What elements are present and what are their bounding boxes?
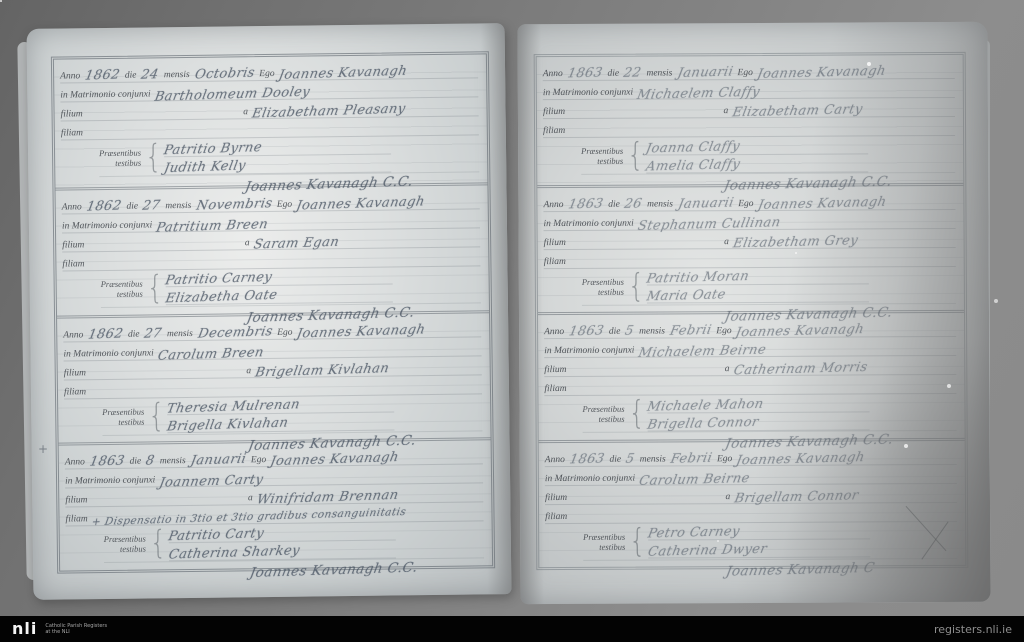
groom-name: Michaelem Beirne <box>638 339 958 360</box>
dispensation-note: + Dispensatio in 3tio et 3tio gradibus c… <box>91 504 486 530</box>
ruled-blank <box>88 118 238 120</box>
filiam-label: filiam <box>543 126 565 137</box>
praesentibus-label: Præsentibus <box>582 404 624 414</box>
celebrant-name: Joannes Kavanagh <box>756 63 956 81</box>
entry-date-line: Anno 1863 die 22 mensis Januarii Ego Joa… <box>543 60 955 81</box>
witness-line: Patritio Moran <box>646 267 869 285</box>
die-label: die <box>607 69 619 80</box>
footer-caption: Catholic Parish Registers at the NLI <box>45 623 107 635</box>
celebrant-signature: Joannes Kavanagh C <box>725 561 876 578</box>
year-value: 1863 <box>89 455 126 469</box>
register-entry: Anno 1862 die 27 mensis Novembris Ego Jo… <box>55 182 489 315</box>
groom-name: Joannem Carty <box>158 466 484 490</box>
entry-filiam-line: filiam + Dispensatio in 3tio et 3tio gra… <box>65 503 483 527</box>
celebrant-signature: Joannes Kavanagh C.C. <box>245 306 415 325</box>
celebrant-name: Joannes Kavanagh <box>270 448 485 468</box>
entry-filiam-line: filiam <box>61 116 479 140</box>
dispensation-note <box>87 130 479 143</box>
witnesses-labels: Præsentibus testibus <box>582 276 624 296</box>
entry-groom-line: in Matrimonio conjunxi Joannem Carty <box>65 465 483 489</box>
witness-line: Catherina Dwyer <box>648 540 871 558</box>
filium-label: filium <box>65 495 87 506</box>
register-entry: Anno 1863 die 22 mensis Januarii Ego Joa… <box>537 55 964 185</box>
mensis-label: mensis <box>647 199 673 210</box>
filium-label: filium <box>544 365 566 376</box>
witness-names: Patritio Carty Catherina Sharkey <box>168 522 484 561</box>
year-value: 1862 <box>84 68 121 82</box>
celebrant-signature: Joannes Kavanagh C.C. <box>249 562 419 581</box>
witness-names: Joanna Claffy Amelia Claffy <box>646 136 956 173</box>
witness-2: Judith Kelly <box>162 159 246 175</box>
bride-prefix: a <box>248 493 253 504</box>
month-value: Decembris <box>197 325 274 340</box>
witness-line: Catherina Sharkey <box>168 541 395 561</box>
day-value: 5 <box>624 325 635 338</box>
register-form-left: Anno 1862 die 24 mensis Octobris Ego Joa… <box>51 51 495 573</box>
witnesses-block: Præsentibus testibus { Michaele Mahon Br… <box>582 394 956 433</box>
entry-signature-line: Joannes Kavanagh C.C. <box>725 173 956 191</box>
conjunxi-label: in Matrimonio conjunxi <box>63 348 153 360</box>
conjunxi-label: in Matrimonio conjunxi <box>65 476 155 488</box>
entry-signature-line: Joannes Kavanagh C.C. <box>245 172 479 192</box>
filium-label: filium <box>62 240 84 251</box>
ruled-blank <box>572 503 720 504</box>
praesentibus-label: Præsentibus <box>102 406 144 417</box>
witness-line: Judith Kelly <box>164 155 391 175</box>
dispensation-note <box>571 516 957 526</box>
celebrant-signature: Joannes Kavanagh C.C. <box>723 176 893 193</box>
ruled-blank <box>571 248 719 249</box>
month-value: Novembris <box>195 197 273 213</box>
bride-prefix: a <box>725 492 730 503</box>
die-label: die <box>609 454 621 465</box>
register-entry: Anno 1863 die 8 mensis Januarii Ego Joan… <box>59 438 493 571</box>
die-label: die <box>128 329 140 340</box>
filium-label: filium <box>544 237 566 248</box>
bride-name: Saram Egan <box>253 231 482 252</box>
day-value: 24 <box>140 68 160 82</box>
entry-date-line: Anno 1862 die 24 mensis Octobris Ego Joa… <box>60 59 478 83</box>
witnesses-block: Præsentibus testibus { Joanna Claffy Ame… <box>581 136 955 175</box>
entry-filiam-line: filiam <box>64 375 482 399</box>
praesentibus-label: Præsentibus <box>582 276 624 286</box>
ego-label: Ego <box>259 69 274 80</box>
register-page-left: Anno 1862 die 24 mensis Octobris Ego Joa… <box>27 23 512 600</box>
mensis-label: mensis <box>160 456 186 467</box>
die-label: die <box>126 201 138 212</box>
register-page-right: Anno 1863 die 22 mensis Januarii Ego Joa… <box>517 22 990 604</box>
mensis-label: mensis <box>640 454 666 465</box>
filium-label: filium <box>61 109 83 120</box>
mensis-label: mensis <box>639 326 665 337</box>
day-value: 26 <box>624 197 644 210</box>
month-value: Febrii <box>669 451 713 465</box>
entry-bride-line: filium a Winifridam Brennan <box>65 484 483 508</box>
month-value: Octobris <box>193 67 255 82</box>
die-label: die <box>608 199 620 210</box>
witness-line: Patritio Carney <box>165 268 392 288</box>
margin-cross-mark: + <box>38 442 48 456</box>
praesentibus-label: Præsentibus <box>104 534 146 545</box>
celebrant-signature: Joannes Kavanagh C.C. <box>724 306 894 323</box>
entry-date-line: Anno 1863 die 5 mensis Febrii Ego Joanne… <box>545 445 957 466</box>
celebrant-name: Joannes Kavanagh <box>735 321 958 340</box>
witnesses-labels: Præsentibus testibus <box>582 404 624 424</box>
dispensation-note <box>569 131 955 141</box>
celebrant-signature: Joannes Kavanagh C.C. <box>247 434 417 453</box>
brace-glyph: { <box>147 269 164 307</box>
brace-glyph: { <box>148 397 165 435</box>
brace-glyph: { <box>629 522 646 560</box>
anno-label: Anno <box>65 458 85 469</box>
brace-glyph: { <box>150 525 167 563</box>
filiam-label: filiam <box>65 514 87 525</box>
year-value: 1862 <box>86 199 123 213</box>
ego-label: Ego <box>277 199 292 210</box>
bride-prefix: a <box>246 366 251 377</box>
day-value: 22 <box>623 66 643 79</box>
register-entry: Anno 1862 die 24 mensis Octobris Ego Joa… <box>54 54 488 187</box>
witness-names: Patritio Moran Maria Oate <box>646 267 956 304</box>
register-entry: Anno 1862 die 27 mensis Decembris Ego Jo… <box>57 310 491 443</box>
die-label: die <box>125 71 137 82</box>
dispensation-note <box>89 261 481 274</box>
entry-filiam-line: filiam <box>544 247 956 268</box>
day-value: 27 <box>143 327 163 341</box>
anno-label: Anno <box>545 454 565 465</box>
celebrant-signature: Joannes Kavanagh C.C. <box>724 434 894 451</box>
witnesses-labels: Præsentibus testibus <box>583 531 625 551</box>
groom-name: Bartholomeum Dooley <box>154 80 480 104</box>
witness-1: Theresia Mulrenan <box>165 398 300 415</box>
witness-names: Petro Carney Catherina Dwyer <box>648 522 958 559</box>
entry-date-line: Anno 1863 die 8 mensis Januarii Ego Joan… <box>65 446 483 470</box>
witness-2: Brigella Kivlahan <box>166 417 289 434</box>
nli-logo: nli <box>12 621 37 637</box>
witness-2: Brigella Connor <box>646 415 760 431</box>
mensis-label: mensis <box>164 70 190 81</box>
entry-signature-line: Joannes Kavanagh C.C. <box>247 303 481 323</box>
entry-groom-line: in Matrimonio conjunxi Stephanum Cullina… <box>543 209 955 230</box>
witness-2: Catherina Dwyer <box>646 543 767 559</box>
brace-glyph: { <box>145 139 162 177</box>
witness-1: Joanna Claffy <box>644 140 740 155</box>
witnesses-labels: Præsentibus testibus <box>581 146 623 166</box>
witnesses-block: Præsentibus testibus { Patritio Byrne Ju… <box>99 135 479 177</box>
celebrant-name: Joannes Kavanagh <box>757 193 957 211</box>
entry-bride-line: filium a Brigellam Kivlahan <box>64 356 482 380</box>
witnesses-block: Præsentibus testibus { Patritio Carney E… <box>100 266 480 308</box>
day-value: 5 <box>625 452 636 465</box>
groom-name: Carolum Breen <box>157 339 483 363</box>
praesentibus-label: Præsentibus <box>581 146 623 156</box>
entry-groom-line: in Matrimonio conjunxi Carolum Breen <box>63 337 481 361</box>
bride-name: Brigellam Connor <box>734 486 959 505</box>
filium-label: filium <box>545 492 567 503</box>
celebrant-name: Joannes Kavanagh <box>736 448 959 467</box>
entry-date-line: Anno 1862 die 27 mensis Decembris Ego Jo… <box>63 318 481 342</box>
filium-label: filium <box>543 107 565 118</box>
ego-label: Ego <box>737 68 752 79</box>
witness-1: Patritio Carty <box>167 527 265 543</box>
witness-2: Maria Oate <box>645 288 726 303</box>
witness-names: Michaele Mahon Brigella Connor <box>647 394 957 431</box>
entry-bride-line: filium a Brigellam Connor <box>545 483 957 504</box>
celebrant-signature: Joannes Kavanagh C.C. <box>244 175 414 194</box>
entry-signature-line: Joannes Kavanagh C.C. <box>725 303 956 321</box>
conjunxi-label: in Matrimonio conjunxi <box>543 88 633 99</box>
register-form-right: Anno 1863 die 22 mensis Januarii Ego Joa… <box>534 52 969 570</box>
dispensation-note <box>571 389 957 399</box>
ego-label: Ego <box>251 455 266 466</box>
groom-name: Patritium Breen <box>155 211 481 235</box>
witness-line: Patritio Byrne <box>163 137 390 157</box>
witnesses-labels: Præsentibus testibus <box>102 406 144 427</box>
anno-label: Anno <box>543 199 563 210</box>
ruled-blank <box>571 375 719 376</box>
ruled-blank <box>91 377 241 379</box>
testibus-label: testibus <box>120 544 146 554</box>
entry-bride-line: filium a Elizabetham Grey <box>544 228 956 249</box>
entry-bride-line: filium a Elizabetham Carty <box>543 98 955 119</box>
witness-line: Patritio Carty <box>168 523 395 543</box>
day-value: 8 <box>145 455 156 468</box>
groom-name: Michaelem Claffy <box>636 81 956 102</box>
month-value: Febrii <box>669 324 713 338</box>
entry-filiam-line: filiam <box>543 117 955 138</box>
dust-specks <box>0 0 2 2</box>
witnesses-labels: Præsentibus testibus <box>101 278 143 299</box>
anno-label: Anno <box>62 202 82 213</box>
site-url-watermark: registers.nli.ie <box>934 623 1012 636</box>
ego-label: Ego <box>716 326 731 337</box>
entry-groom-line: in Matrimonio conjunxi Carolum Beirne <box>545 464 957 485</box>
year-value: 1863 <box>569 452 606 466</box>
praesentibus-label: Præsentibus <box>101 278 143 289</box>
bride-prefix: a <box>724 237 729 248</box>
celebrant-name: Joannes Kavanagh <box>278 62 480 82</box>
celebrant-name: Joannes Kavanagh <box>296 321 483 340</box>
witnesses-block: Præsentibus testibus { Patritio Moran Ma… <box>582 266 956 305</box>
witness-names: Theresia Mulrenan Brigella Kivlahan <box>167 394 483 433</box>
ruled-blank <box>89 249 239 251</box>
testibus-label: testibus <box>599 414 625 424</box>
witness-line: Theresia Mulrenan <box>167 395 394 415</box>
bride-prefix: a <box>723 106 728 117</box>
ego-label: Ego <box>738 199 753 210</box>
witness-names: Patritio Byrne Judith Kelly <box>163 136 479 175</box>
witness-line: Brigella Connor <box>647 413 870 431</box>
entry-date-line: Anno 1863 die 26 mensis Januarii Ego Joa… <box>543 190 955 211</box>
bride-prefix: a <box>243 107 248 118</box>
testibus-label: testibus <box>597 156 623 166</box>
mensis-label: mensis <box>167 328 193 339</box>
entry-groom-line: in Matrimonio conjunxi Michaelem Beirne <box>544 337 956 358</box>
witness-line: Amelia Claffy <box>646 155 869 173</box>
entry-date-line: Anno 1862 die 27 mensis Novembris Ego Jo… <box>62 190 480 214</box>
witnesses-labels: Præsentibus testibus <box>104 534 146 555</box>
witness-1: Michaele Mahon <box>646 397 765 413</box>
groom-name: Stephanum Cullinan <box>637 211 957 232</box>
bride-name: Brigellam Kivlahan <box>254 359 483 380</box>
conjunxi-label: in Matrimonio conjunxi <box>544 346 634 357</box>
entry-filiam-line: filiam <box>544 375 956 396</box>
filiam-label: filiam <box>61 128 83 139</box>
witness-1: Patritio Moran <box>645 270 750 286</box>
footer-bar: nli Catholic Parish Registers at the NLI… <box>0 616 1024 642</box>
dispensation-note <box>90 389 482 402</box>
entry-groom-line: in Matrimonio conjunxi Bartholomeum Dool… <box>60 78 478 102</box>
ego-label: Ego <box>717 454 732 465</box>
witness-1: Patritio Carney <box>164 271 273 288</box>
year-value: 1862 <box>87 327 124 341</box>
witness-line: Petro Carney <box>648 522 871 540</box>
entry-date-line: Anno 1863 die 5 mensis Febrii Ego Joanne… <box>544 318 956 339</box>
bride-name: Elizabetham Pleasany <box>251 100 480 121</box>
entry-bride-line: filium a Elizabetham Pleasany <box>60 97 478 121</box>
praesentibus-label: Præsentibus <box>99 148 141 159</box>
witness-line: Brigella Kivlahan <box>167 413 394 433</box>
witness-1: Petro Carney <box>646 525 740 540</box>
conjunxi-label: in Matrimonio conjunxi <box>544 218 634 229</box>
dispensation-note <box>570 261 956 271</box>
celebrant-name: Joannes Kavanagh <box>296 193 482 212</box>
filium-label: filium <box>64 368 86 379</box>
witnesses-labels: Præsentibus testibus <box>99 148 141 169</box>
ruled-blank <box>570 117 718 118</box>
entry-groom-line: in Matrimonio conjunxi Michaelem Claffy <box>543 79 955 100</box>
testibus-label: testibus <box>118 416 144 426</box>
register-entry: Anno 1863 die 5 mensis Febrii Ego Joanne… <box>538 310 965 440</box>
scanned-register-photo: Anno 1862 die 24 mensis Octobris Ego Joa… <box>0 0 1024 642</box>
day-value: 27 <box>142 199 162 213</box>
testibus-label: testibus <box>599 541 625 551</box>
die-label: die <box>609 327 621 338</box>
testibus-label: testibus <box>115 158 141 168</box>
witnesses-block: Præsentibus testibus { Petro Carney Cath… <box>583 521 957 560</box>
filiam-label: filiam <box>544 384 566 395</box>
entry-signature-line: Joannes Kavanagh C.C. <box>726 431 957 449</box>
bride-name: Elizabetham Grey <box>732 231 957 250</box>
witnesses-block: Præsentibus testibus { Patritio Carty Ca… <box>104 522 484 564</box>
conjunxi-label: in Matrimonio conjunxi <box>545 473 635 484</box>
witness-line: Maria Oate <box>646 285 869 303</box>
register-entry: Anno 1863 die 26 mensis Januarii Ego Joa… <box>537 182 964 312</box>
anno-label: Anno <box>60 71 80 82</box>
bride-prefix: a <box>245 238 250 249</box>
month-value: Januarii <box>676 66 734 80</box>
witness-2: Catherina Sharkey <box>167 544 300 561</box>
year-value: 1863 <box>568 324 605 338</box>
brace-glyph: { <box>627 137 644 175</box>
praesentibus-label: Præsentibus <box>583 531 625 541</box>
ruled-blank <box>93 505 243 507</box>
entry-signature-line: Joannes Kavanagh C.C. <box>250 559 484 579</box>
witness-line: Joanna Claffy <box>646 137 869 155</box>
year-value: 1863 <box>567 197 604 211</box>
filiam-label: filiam <box>62 259 84 270</box>
entry-signature-line: Joannes Kavanagh C <box>727 558 958 576</box>
witness-2: Amelia Claffy <box>644 158 740 173</box>
register-entry: Anno 1863 die 5 mensis Febrii Ego Joanne… <box>539 437 966 567</box>
bride-name: Catherinam Morris <box>733 359 958 378</box>
anno-label: Anno <box>544 327 564 338</box>
mensis-label: mensis <box>646 68 672 79</box>
witness-1: Patritio Byrne <box>162 141 262 157</box>
witnesses-block: Præsentibus testibus { Theresia Mulrenan… <box>102 394 482 436</box>
groom-name: Carolum Beirne <box>638 466 958 487</box>
entry-signature-line: Joannes Kavanagh C.C. <box>248 431 482 451</box>
mensis-label: mensis <box>165 201 191 212</box>
witness-names: Patritio Carney Elizabetha Oate <box>165 267 481 306</box>
ego-label: Ego <box>277 327 292 338</box>
conjunxi-label: in Matrimonio conjunxi <box>60 89 150 101</box>
die-label: die <box>130 457 142 468</box>
witness-2: Elizabetha Oate <box>164 289 278 306</box>
filiam-label: filiam <box>544 256 566 267</box>
entry-filiam-line: filiam <box>545 502 957 523</box>
conjunxi-label: in Matrimonio conjunxi <box>62 220 152 232</box>
year-value: 1863 <box>567 66 604 80</box>
bride-name: Winifridam Brennan <box>256 486 485 507</box>
month-value: Januarii <box>189 453 247 468</box>
filiam-label: filiam <box>64 387 86 398</box>
brace-glyph: { <box>628 267 645 305</box>
entry-groom-line: in Matrimonio conjunxi Patritium Breen <box>62 209 480 233</box>
bride-name: Elizabetham Carty <box>732 101 957 120</box>
bride-prefix: a <box>725 364 730 375</box>
testibus-label: testibus <box>117 288 143 298</box>
brace-glyph: { <box>628 395 645 433</box>
entry-bride-line: filium a Catherinam Morris <box>544 356 956 377</box>
witness-line: Michaele Mahon <box>647 395 870 413</box>
entry-filiam-line: filiam <box>62 247 480 271</box>
filiam-label: filiam <box>545 511 567 522</box>
month-value: Januarii <box>677 196 735 210</box>
anno-label: Anno <box>63 330 83 341</box>
testibus-label: testibus <box>598 286 624 296</box>
witness-line: Elizabetha Oate <box>165 286 392 306</box>
anno-label: Anno <box>543 69 563 80</box>
entry-bride-line: filium a Saram Egan <box>62 228 480 252</box>
